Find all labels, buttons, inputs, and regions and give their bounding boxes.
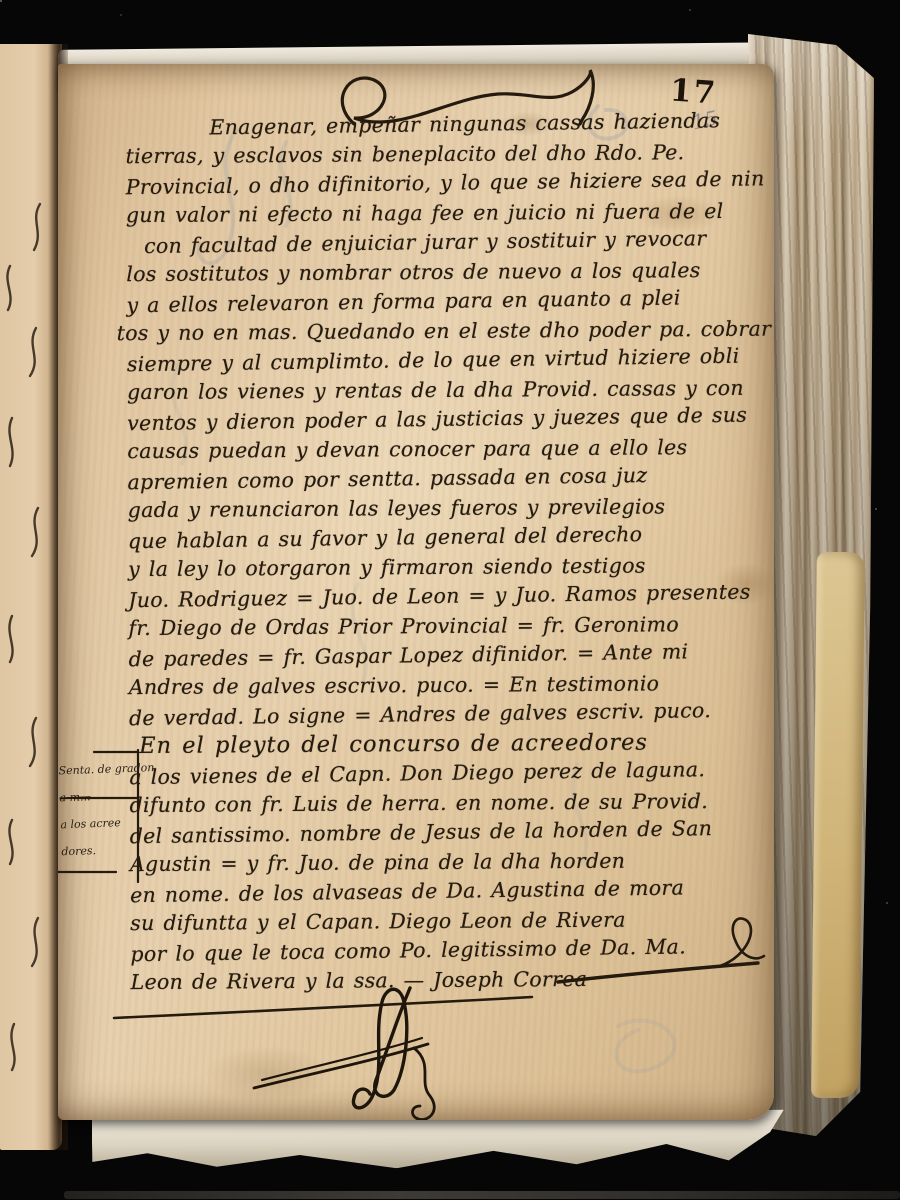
background-specks (0, 0, 2, 2)
marginal-note-line: dores. (61, 836, 138, 866)
closing-underline-left (114, 997, 532, 1018)
marginal-note-line-struck: a m... (59, 782, 136, 812)
notarial-rubric (254, 988, 434, 1120)
marginal-note-line: a los acree (60, 809, 137, 839)
manuscript-text-block: Enagenar, empeñar ningunas cassas hazien… (125, 108, 736, 997)
table-edge-highlight (64, 1191, 900, 1199)
manuscript-line: Enagenar, empeñar ningunas cassas hazien… (209, 106, 731, 143)
manuscript-line: Leon de Rivera y la ssa. — Joseph Correa (131, 963, 737, 997)
marginal-note-line: Senta. de gradon (58, 755, 135, 785)
marginal-note: Senta. de gradon a m... a los acree dore… (58, 755, 138, 866)
manuscript-photo: 17 15 Enagenar, empeñar ningunas cassas … (0, 0, 900, 1200)
vellum-leaf-edge (811, 552, 865, 1098)
manuscript-page: 17 15 Enagenar, empeñar ningunas cassas … (58, 64, 774, 1120)
